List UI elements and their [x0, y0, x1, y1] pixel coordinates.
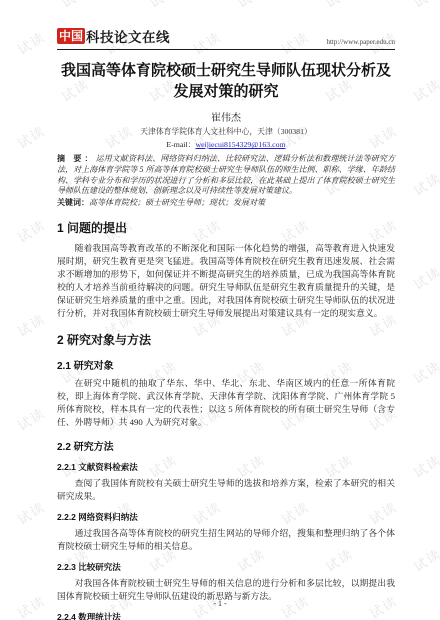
section-paragraph: 随着我国高等教育改革的不断深化和国际一体化趋势的增强，高等教育进入快速发展时期，…: [57, 242, 395, 320]
section-heading: 2.2 研究方法: [57, 438, 395, 453]
site-url-link[interactable]: http://www.paper.edu.cn: [326, 38, 395, 46]
section-heading: 2.1 研究对象: [57, 357, 395, 372]
keywords-label: 关键词：: [57, 198, 89, 207]
author-affiliation: 天津体育学院体育人文社科中心，天津（300381）: [57, 126, 395, 137]
site-header: 中国 科技论文在线 http://www.paper.edu.cn: [57, 26, 395, 50]
site-logo: 中国 科技论文在线: [57, 26, 170, 46]
section-heading: 1 问题的提出: [57, 219, 395, 236]
paper-title-line2: 发展对策的研究: [57, 81, 395, 102]
email-label: E-mail：: [166, 140, 195, 149]
section-heading: 2.2.1 文献资料检索法: [57, 461, 395, 473]
email-line: E-mail：weijiecui8154329@163.com: [57, 139, 395, 150]
paper-title: 我国高等体育院校硕士研究生导师队伍现状分析及 发展对策的研究: [57, 60, 395, 102]
page-number: - 1 -: [0, 599, 440, 608]
section-paragraph: 在研究中随机的抽取了华东、华中、华北、东北、华南区域内的任意一所体育院校，即上海…: [57, 377, 395, 429]
paper-page: 试读试读试读试读试读试读试读试读试读试读试读试读试读试读试读试读试读试读试读试读…: [0, 0, 440, 620]
section-paragraph: 查阅了我国体育院校有关硕士研究生导师的选拔和培养方案，检索了本研究的相关研究成果…: [57, 477, 395, 503]
abstract: 摘 要：运用文献资料法、网络资料归纳法、比较研究法、逻辑分析法和数理统计法等研究…: [57, 154, 395, 197]
page-content: 中国 科技论文在线 http://www.paper.edu.cn 我国高等体育…: [0, 0, 440, 620]
logo-box-icon: 中国: [57, 28, 85, 44]
section-paragraph: 通过我国各高等体育院校的研究生招生网站的导师介绍，搜集和整理归纳了各个体育院校硕…: [57, 527, 395, 553]
section-heading: 2.2.3 比较研究法: [57, 561, 395, 573]
sections: 1 问题的提出随着我国高等教育改革的不断深化和国际一体化趋势的增强，高等教育进入…: [57, 219, 395, 620]
author-name: 崔伟杰: [57, 109, 395, 124]
section-heading: 2.2.4 数理统计法: [57, 611, 395, 620]
logo-text: 科技论文在线: [86, 26, 170, 46]
section-heading: 2 研究对象与方法: [57, 331, 395, 348]
keywords-line: 关键词：高等体育院校；硕士研究生导师；现状；发展对策: [57, 197, 395, 208]
section-heading: 2.2.2 网络资料归纳法: [57, 511, 395, 523]
email-link[interactable]: weijiecui8154329@163.com: [195, 140, 285, 149]
keywords-text: 高等体育院校；硕士研究生导师；现状；发展对策: [89, 198, 265, 207]
paper-title-line1: 我国高等体育院校硕士研究生导师队伍现状分析及: [57, 60, 395, 81]
abstract-label: 摘 要：: [57, 154, 96, 163]
abstract-text: 运用文献资料法、网络资料归纳法、比较研究法、逻辑分析法和数理统计法等研究方法，对…: [57, 154, 395, 195]
